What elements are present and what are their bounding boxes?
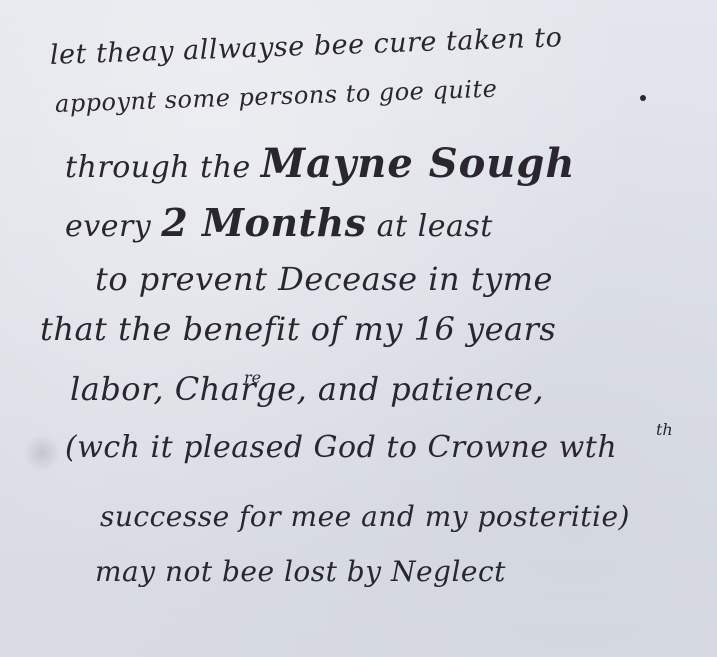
two-months-emphasis: 2 Months [161, 200, 366, 245]
line-4-lead: every [65, 209, 151, 244]
line-3-lead: through the [65, 150, 251, 185]
superscript-re: re [244, 368, 261, 387]
mayne-sough-heading: Mayne Sough [261, 140, 576, 187]
superscript-th: th [656, 420, 673, 439]
manuscript-line-7: labor, Charge, and patience, [70, 370, 544, 408]
manuscript-line-9: successe for mee and my posteritie) [100, 500, 630, 533]
manuscript-line-10: may not bee lost by Neglect [95, 555, 506, 588]
manuscript-line-8: (wch it pleased God to Crowne wth [65, 430, 617, 465]
ink-smudge [22, 435, 62, 471]
manuscript-line-3: through the Mayne Sough [65, 140, 575, 187]
line-4-tail: at least [377, 209, 493, 244]
ink-dot [640, 95, 646, 101]
manuscript-line-6: that the benefit of my 16 years [40, 310, 556, 348]
manuscript-line-5: to prevent Decease in tyme [95, 260, 553, 298]
manuscript-line-4: every 2 Months at least [65, 200, 493, 245]
